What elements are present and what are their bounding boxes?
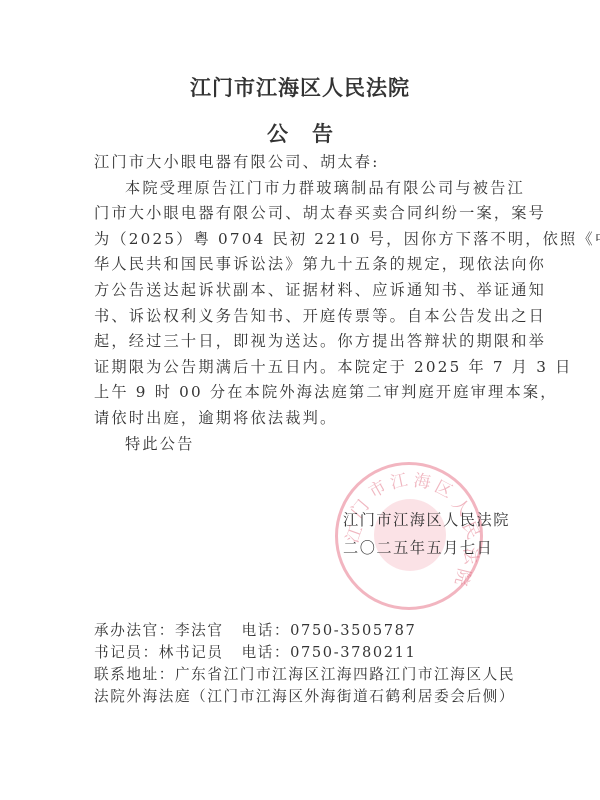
paragraph-line: 本院受理原告江门市力群玻璃制品有限公司与被告江: [94, 176, 514, 202]
judge-label: 承办法官：: [94, 622, 175, 639]
document-type-heading: 公告: [0, 118, 600, 148]
judge-name: 李法官: [175, 622, 224, 639]
paragraph-line: 请依时出庭，逾期将依法裁判。: [94, 406, 514, 432]
contact-footer: 承办法官：李法官电话：0750-3505787 书记员：林书记员电话：0750-…: [94, 620, 515, 708]
address-label: 联系地址：: [94, 666, 175, 683]
notice-body: 江门市大小眼电器有限公司、胡太春: 本院受理原告江门市力群玻璃制品有限公司与被告…: [94, 150, 514, 457]
address-line-1: 广东省江门市江海区江海四路江门市江海区人民: [175, 666, 515, 683]
court-name-heading: 江门市江海区人民法院: [0, 72, 600, 102]
judge-phone-label: 电话：: [242, 622, 291, 639]
clerk-name: 林书记员: [159, 644, 224, 661]
address-row: 联系地址：广东省江门市江海区江海四路江门市江海区人民: [94, 664, 515, 686]
address-row-2: 法院外海法庭（江门市江海区外海街道石鹤利居委会后侧）: [94, 686, 515, 708]
clerk-phone: 0750-3780211: [290, 644, 416, 661]
addressee: 江门市大小眼电器有限公司、胡太春:: [94, 150, 514, 176]
closing-text: 特此公告: [94, 432, 514, 458]
paragraph-line: 方公告送达起诉状副本、证据材料、应诉通知书、举证通知: [94, 278, 514, 304]
signature-block: 江门市江海区人民法院 二〇二五年五月七日: [343, 506, 510, 562]
judge-row: 承办法官：李法官电话：0750-3505787: [94, 620, 515, 642]
paragraph-line: 华人民共和国民事诉讼法》第九十五条的规定，现依法向你: [94, 252, 514, 278]
clerk-row: 书记员：林书记员电话：0750-3780211: [94, 642, 515, 664]
issuer-name: 江门市江海区人民法院: [343, 506, 510, 534]
issue-date: 二〇二五年五月七日: [343, 534, 510, 562]
judge-phone: 0750-3505787: [290, 622, 416, 639]
paragraph-line: 上午 9 时 00 分在本院外海法庭第二审判庭开庭审理本案，: [94, 380, 514, 406]
paragraph-line: 证期限为公告期满后十五日内。本院定于 2025 年 7 月 3 日: [94, 355, 514, 381]
clerk-label: 书记员：: [94, 644, 159, 661]
clerk-phone-label: 电话：: [242, 644, 291, 661]
paragraph-line: 书、诉讼权利义务告知书、开庭传票等。自本公告发出之日: [94, 304, 514, 330]
paragraph-line: 为（2025）粤 0704 民初 2210 号，因你方下落不明，依照《中: [94, 227, 514, 253]
paragraph-line: 起，经过三十日，即视为送达。你方提出答辩状的期限和举: [94, 329, 514, 355]
paragraph-line: 门市大小眼电器有限公司、胡太春买卖合同纠纷一案，案号: [94, 201, 514, 227]
